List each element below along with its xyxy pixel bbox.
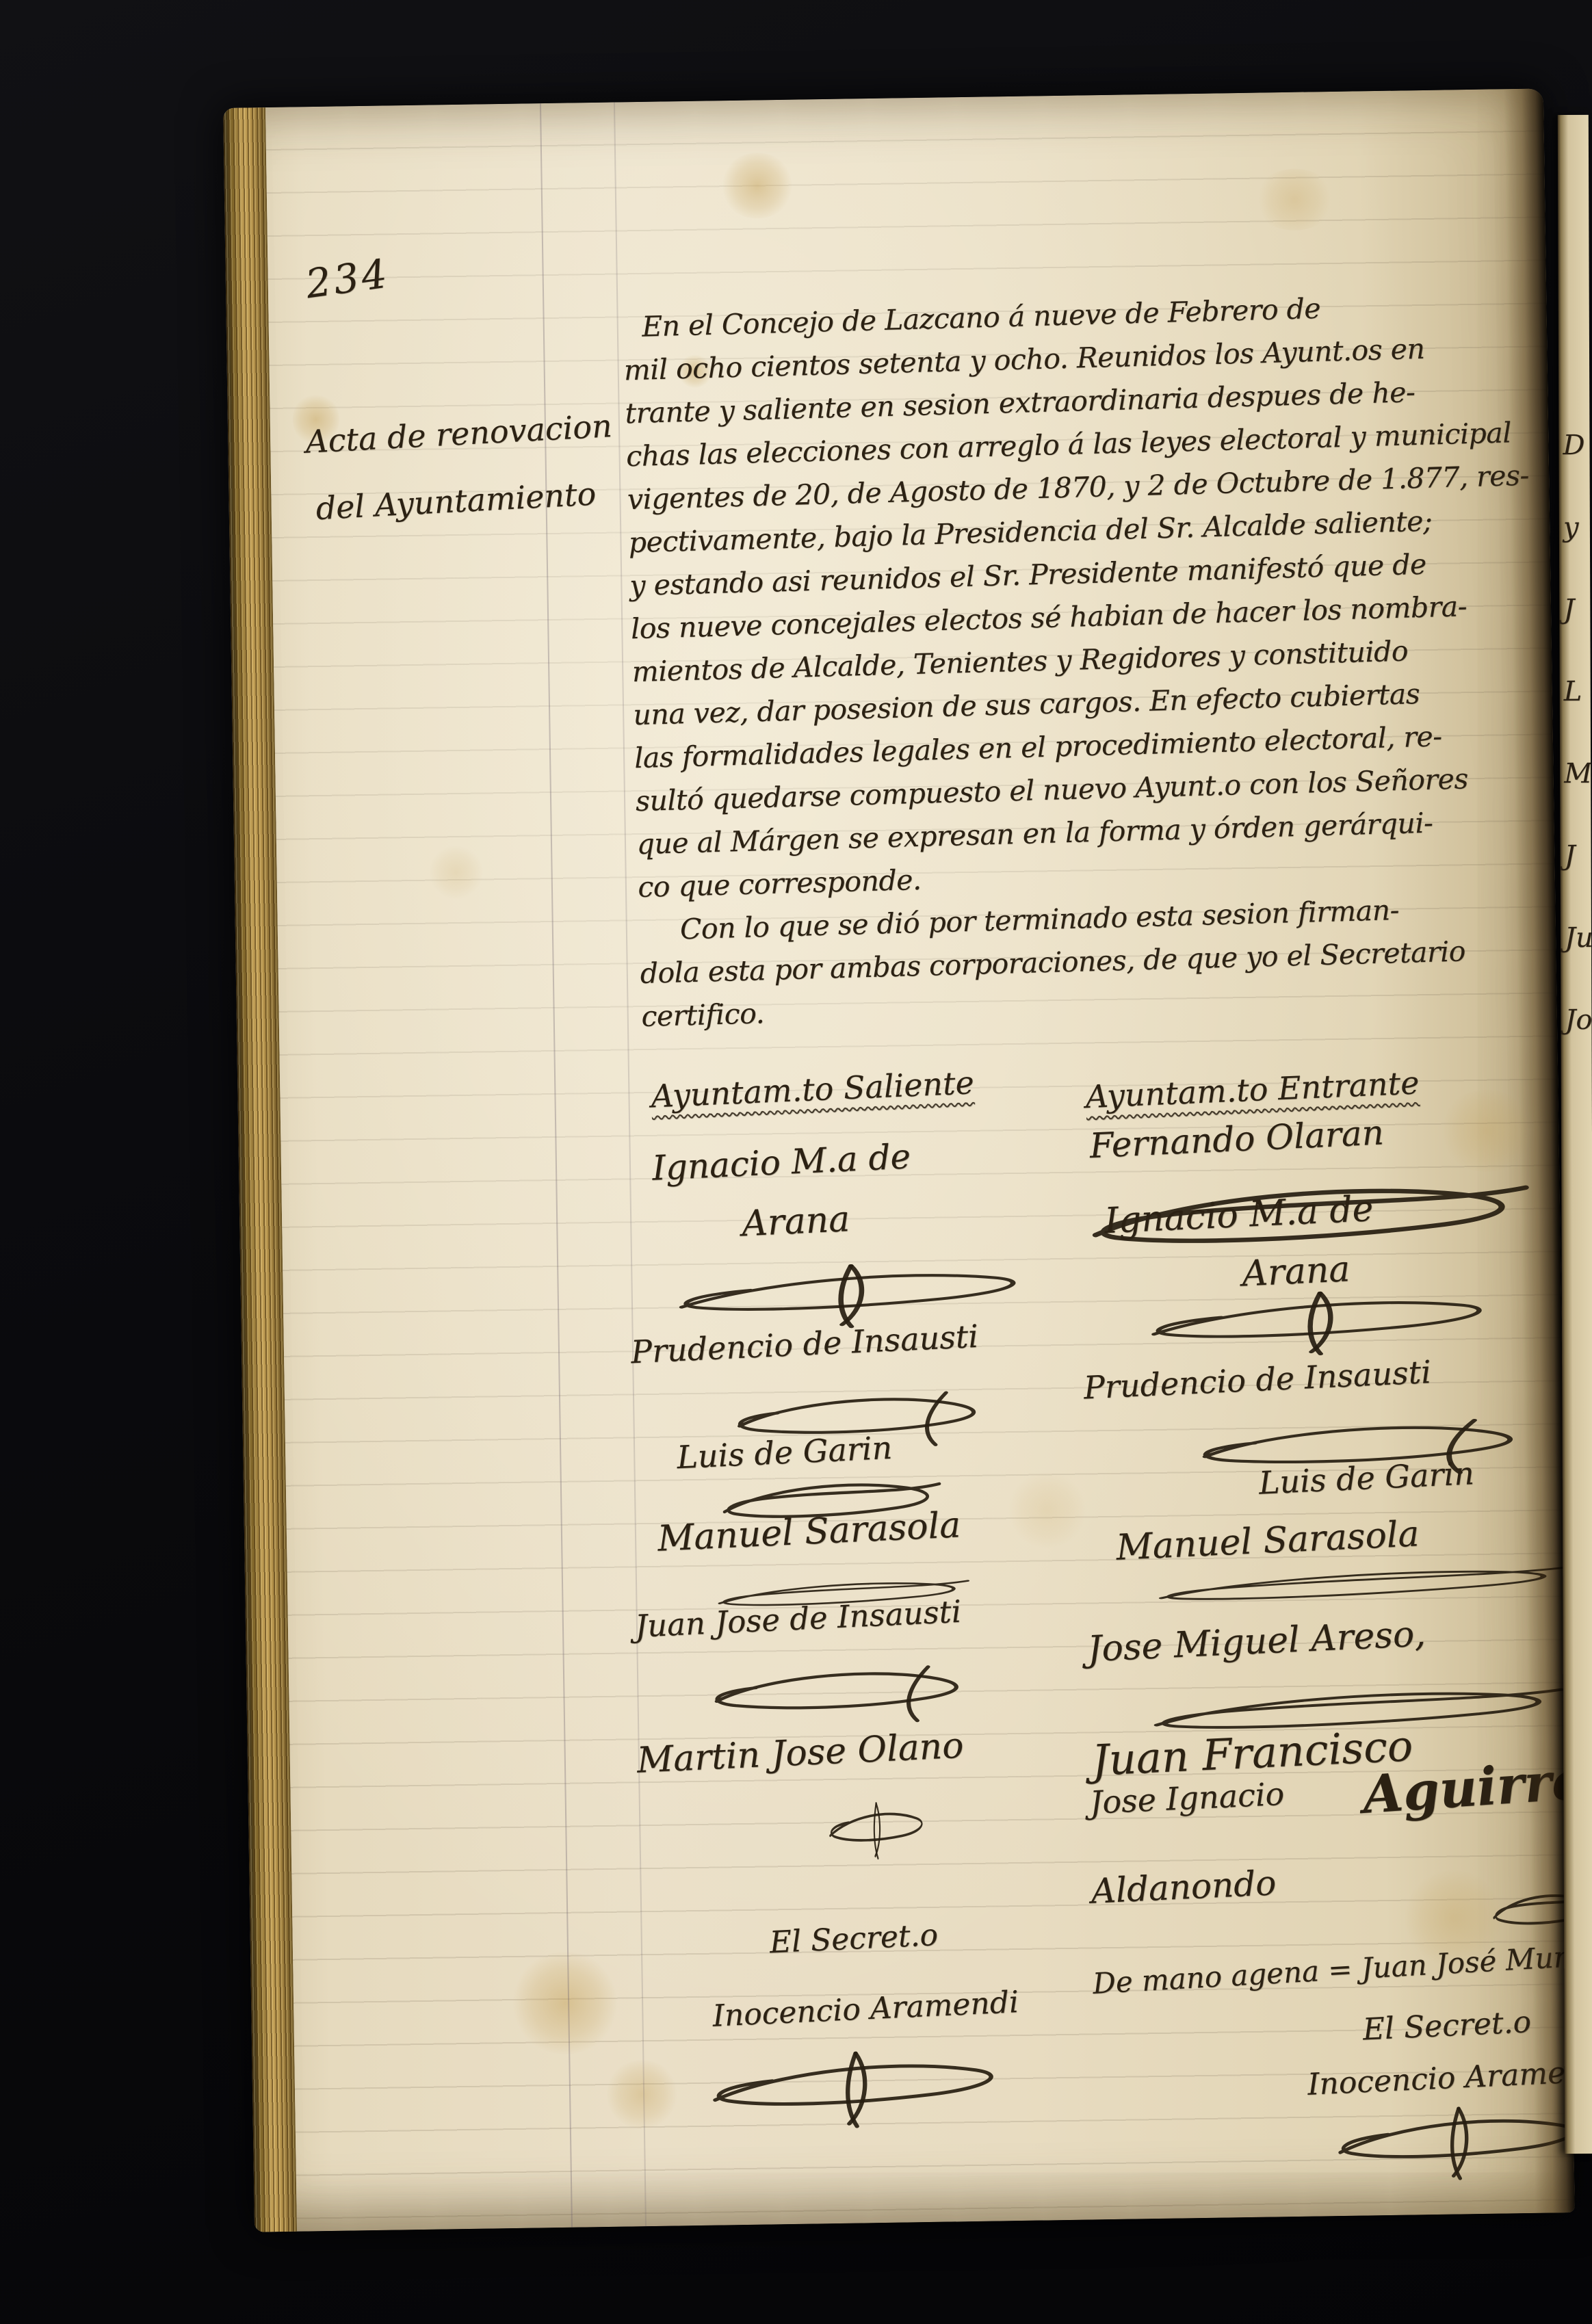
signature-name: Arana — [741, 1199, 851, 1244]
signature-name: Manuel Sarasola — [1115, 1513, 1420, 1568]
signature-name: El Secret.o — [769, 1918, 939, 1960]
paper-stain — [1253, 168, 1335, 231]
signature-column-entrante: Ayuntam.to Entrante Fernando OlaranIgnac… — [1079, 1046, 1575, 2216]
signature-name: Aldanondo — [1091, 1863, 1277, 1911]
facing-page-fragment: M — [1564, 758, 1592, 789]
page-number: 234 — [303, 250, 393, 307]
signature-flourish — [1150, 1559, 1574, 1613]
paper-stain — [510, 1951, 621, 2055]
signature-name: Ignacio M.a de — [651, 1136, 911, 1188]
signature-name: Inocencio Aramendi — [712, 1985, 1019, 2034]
signature-name: Manuel Sarasola — [657, 1504, 962, 1559]
document-body-text: En el Concejo de Lazcano á nueve de Febr… — [622, 281, 1561, 1039]
paper-stain — [719, 153, 795, 220]
facing-page-fragment: J — [1564, 840, 1575, 872]
facing-page-fragment: J — [1563, 594, 1574, 625]
signature-flourish — [824, 1798, 930, 1864]
signature-name: Prudencio de Insausti — [1083, 1353, 1432, 1406]
facing-page-fragment: Jo — [1565, 1004, 1592, 1036]
facing-page-fragment: y — [1563, 512, 1579, 543]
facing-page-fragment: Ju — [1565, 922, 1592, 954]
signature-name: Fernando Olaran — [1088, 1112, 1385, 1166]
facing-page-fragment: L — [1564, 676, 1582, 707]
signature-name: Luis de Garin — [676, 1429, 893, 1476]
signature-flourish — [693, 1655, 997, 1734]
column-header-entrante: Ayuntam.to Entrante — [1085, 1064, 1420, 1115]
margin-note: Acta de renovacion del Ayuntamiento — [304, 392, 617, 543]
signature-name: Martin Jose Olano — [636, 1725, 965, 1781]
signature-name: De mano agena = Juan José Murua — [1092, 1938, 1575, 2000]
paper-stain — [428, 844, 484, 900]
column-header-saliente: Ayuntam.to Saliente — [650, 1064, 974, 1114]
scan-background: 234 Acta de renovacion del Ayuntamiento … — [0, 0, 1592, 2324]
facing-page-fragment: D — [1563, 430, 1584, 461]
book-page: 234 Acta de renovacion del Ayuntamiento … — [223, 88, 1575, 2232]
manuscript-page: 234 Acta de renovacion del Ayuntamiento … — [223, 88, 1575, 2232]
signature-flourish — [702, 2041, 1013, 2138]
signature-name: El Secret.o — [1362, 2005, 1532, 2047]
signature-column-saliente: Ayuntam.to Saliente Ignacio M.a deAranaP… — [621, 1054, 1075, 2168]
signature-name: Jose Miguel Areso, — [1086, 1613, 1426, 1670]
signature-flourish — [1139, 1281, 1504, 1366]
signature-name: Juan Jose de Insausti — [634, 1593, 962, 1645]
